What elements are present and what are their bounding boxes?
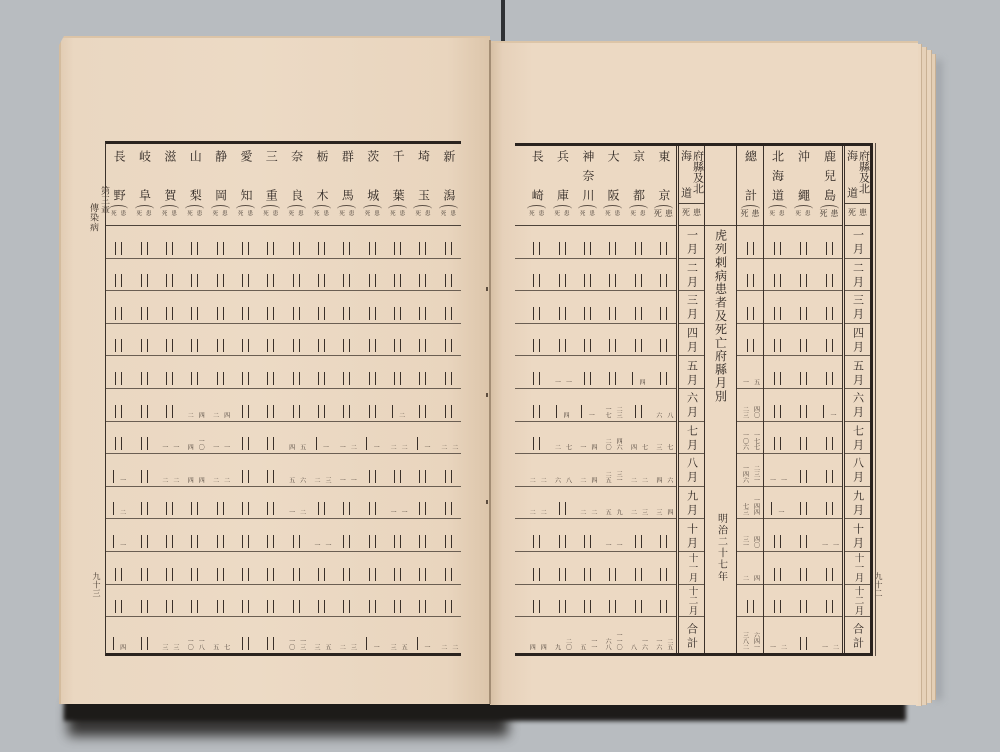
patients-value: —: [197, 307, 198, 320]
month-label: 六月: [852, 392, 864, 417]
deaths-value: —: [559, 568, 560, 581]
month-label: 七月: [686, 425, 698, 450]
data-cell: ——: [207, 324, 232, 356]
deaths-value: 四: [186, 444, 192, 450]
patients-value: 四: [666, 509, 672, 515]
deaths-value: 一: [313, 542, 319, 548]
data-cell: ——: [385, 356, 410, 388]
deaths-value: —: [115, 405, 116, 418]
data-cell: ——: [385, 291, 410, 323]
data-cell: ——: [334, 585, 359, 617]
patients-deaths-subheader: 死患: [136, 211, 151, 218]
patients-value: 二: [539, 509, 545, 515]
deaths-value: 二: [186, 412, 192, 418]
table-row: ————————————————————————————: [106, 259, 461, 292]
patients-value: —: [806, 600, 807, 613]
data-cell: ——: [233, 422, 258, 454]
data-cell: ——: [131, 226, 156, 258]
patients-value: 三一: [615, 471, 621, 483]
table-row: ————————————: [524, 585, 676, 618]
patients-value: —: [590, 307, 591, 320]
month-label: 三月: [852, 294, 864, 319]
deaths-value: —: [419, 502, 420, 515]
patients-value: —: [324, 339, 325, 352]
patients-value: —: [147, 242, 148, 255]
brace-mark: [527, 205, 546, 209]
data-cell: 三七: [651, 422, 676, 454]
patients-value: 四〇: [753, 536, 759, 548]
month-label: 四月: [852, 327, 864, 352]
deaths-value: —: [800, 502, 801, 515]
data-cell: ——: [106, 422, 131, 454]
patients-value: 二三一: [753, 465, 759, 483]
deaths-value: —: [318, 307, 319, 320]
patients-value: 四: [638, 379, 644, 385]
table-header: 府縣及北海道死患: [679, 146, 704, 226]
deaths-value: —: [533, 339, 534, 352]
deaths-value: —: [217, 568, 218, 581]
deaths-value: —: [747, 242, 748, 255]
patients-value: —: [223, 274, 224, 287]
column-header: 山梨死患: [182, 144, 207, 225]
right-table: 東京死患京都死患大阪死患神奈川死患兵庫死患長崎死患 ——————————————…: [515, 143, 873, 656]
patients-deaths-subheader: 死患: [289, 211, 304, 218]
patients-value: —: [539, 535, 540, 548]
patients-value: —: [590, 274, 591, 287]
month-label: 一月: [686, 229, 698, 254]
patients-value: —: [451, 600, 452, 613]
patients-value: —: [375, 535, 376, 548]
data-cell: ——: [182, 519, 207, 551]
data-cell: ——: [600, 291, 625, 323]
brace-mark: [768, 205, 787, 209]
patients-value: —: [753, 242, 754, 255]
brace-mark: [439, 205, 458, 209]
data-cell: ——: [410, 356, 435, 388]
table-row: 七月: [679, 422, 704, 455]
patients-value: 二: [223, 477, 229, 483]
deaths-value: —: [417, 437, 418, 450]
data-cell: ——: [524, 389, 549, 421]
patients-value: —: [451, 242, 452, 255]
deaths-value: —: [318, 372, 319, 385]
data-cell: ——: [207, 291, 232, 323]
column-header: 長崎死患: [524, 146, 549, 225]
patients-value: —: [223, 372, 224, 385]
deaths-value: 六八: [604, 638, 610, 650]
deaths-value: —: [217, 372, 218, 385]
data-cell: ——: [549, 259, 574, 291]
patients-value: 二: [299, 509, 305, 515]
table-row: ——: [737, 226, 763, 259]
deaths-value: —: [318, 339, 319, 352]
deaths-value: —: [747, 274, 748, 287]
data-cell: ——: [600, 259, 625, 291]
patients-label: 患: [197, 211, 203, 218]
table-row: ————————————————————————————: [106, 324, 461, 357]
deaths-value: —: [191, 242, 192, 255]
patients-value: —: [806, 637, 807, 650]
patients-value: —: [832, 307, 833, 320]
patients-value: 二: [398, 412, 404, 418]
table-row: 十月: [845, 519, 870, 552]
data-cell: ——: [106, 291, 131, 323]
deaths-value: —: [343, 535, 344, 548]
deaths-value: —: [632, 372, 633, 385]
deaths-label: 死: [289, 211, 295, 218]
data-cell: ——: [106, 259, 131, 291]
deaths-value: —: [826, 502, 827, 515]
deaths-value: 一〇六: [742, 432, 748, 450]
patients-label: 患: [324, 211, 330, 218]
deaths-label: 死: [365, 211, 371, 218]
data-cell: ——: [258, 324, 283, 356]
data-cell: ——: [233, 454, 258, 486]
deaths-value: —: [318, 405, 319, 418]
deaths-value: 三: [313, 644, 319, 650]
deaths-value: —: [267, 600, 268, 613]
patients-value: —: [248, 274, 249, 287]
data-cell: ——: [207, 585, 232, 617]
table-title: 虎列剌病患者及死亡府縣月別: [714, 229, 728, 403]
deaths-value: —: [559, 307, 560, 320]
data-cell: ——: [258, 226, 283, 258]
data-cell: ——: [131, 519, 156, 551]
data-cell: ——: [182, 356, 207, 388]
patients-value: —: [248, 637, 249, 650]
patients-value: 四: [119, 644, 125, 650]
deaths-value: —: [166, 535, 167, 548]
data-cell: ——: [182, 487, 207, 519]
patients-value: —: [641, 307, 642, 320]
deaths-value: —: [166, 372, 167, 385]
data-cell: ——: [436, 226, 461, 258]
deaths-value: —: [584, 307, 585, 320]
patients-value: —: [248, 307, 249, 320]
deaths-value: —: [267, 339, 268, 352]
data-cell: 四六: [651, 454, 676, 486]
deaths-value: —: [343, 502, 344, 515]
table-row: 五月: [845, 356, 870, 389]
patients-value: —: [223, 502, 224, 515]
deaths-value: —: [113, 470, 114, 483]
patients-value: —: [121, 372, 122, 385]
patients-value: —: [400, 274, 401, 287]
deaths-value: —: [141, 307, 142, 320]
patients-value: —: [806, 242, 807, 255]
deaths-value: —: [369, 372, 370, 385]
data-cell: ——: [131, 324, 156, 356]
patients-value: —: [806, 437, 807, 450]
patients-value: —: [375, 242, 376, 255]
deaths-value: —: [366, 637, 367, 650]
deaths-value: 二: [579, 509, 585, 515]
deaths-value: —: [445, 339, 446, 352]
table-header: 東京死患京都死患大阪死患神奈川死患兵庫死患長崎死患: [524, 146, 676, 226]
patients-value: —: [451, 470, 452, 483]
patients-value: —: [375, 568, 376, 581]
data-cell: ——: [816, 356, 842, 388]
deaths-value: —: [141, 637, 142, 650]
patients-value: —: [299, 339, 300, 352]
table-row: [515, 552, 524, 585]
deaths-label: 死: [111, 211, 117, 218]
table-row: 一六二五八一六六八一一〇五一一九二〇四四: [524, 617, 676, 653]
table-row: ————————————————————————————: [106, 291, 461, 324]
prefecture-name: 千葉: [391, 150, 404, 201]
patients-value: —: [753, 339, 754, 352]
data-cell: ——: [360, 487, 385, 519]
deaths-value: —: [369, 535, 370, 548]
table-row: 十月: [679, 519, 704, 552]
deaths-value: —: [800, 307, 801, 320]
data-cell: ——: [309, 324, 334, 356]
table-row: ——————: [764, 324, 842, 357]
deaths-value: —: [293, 339, 294, 352]
deaths-label: 死: [390, 211, 396, 218]
data-cell: 四七: [625, 422, 650, 454]
data-cell: ——: [309, 356, 334, 388]
prefecture-name: 愛知: [239, 150, 252, 201]
data-cell: ——: [309, 552, 334, 584]
patients-value: —: [400, 470, 401, 483]
patients-value: —: [590, 339, 591, 352]
patients-value: —: [425, 502, 426, 515]
data-cell: ——: [283, 552, 308, 584]
data-cell: —一: [816, 389, 842, 421]
patients-value: —: [400, 372, 401, 385]
patients-value: —: [615, 274, 616, 287]
patients-value: —: [565, 568, 566, 581]
data-cell: ——: [283, 356, 308, 388]
data-cell: ——: [410, 389, 435, 421]
data-cell: —四: [106, 617, 131, 653]
deaths-value: —: [445, 568, 446, 581]
deaths-value: —: [267, 242, 268, 255]
patients-value: 一: [172, 444, 178, 450]
table-row: 一二——一二: [764, 617, 842, 653]
deaths-value: —: [533, 568, 534, 581]
book-gutter: [489, 40, 491, 704]
patients-value: —: [539, 372, 540, 385]
data-cell: ——: [207, 259, 232, 291]
patients-value: 一七七: [753, 432, 759, 450]
data-cell: 五六: [283, 454, 308, 486]
data-cell: ——: [258, 356, 283, 388]
patients-value: —: [248, 600, 249, 613]
deaths-value: —: [445, 372, 446, 385]
deaths-value: —: [141, 405, 142, 418]
deaths-label: 死: [605, 211, 611, 218]
patients-value: 一: [780, 477, 786, 483]
deaths-label: 死: [441, 211, 447, 218]
patients-value: —: [273, 372, 274, 385]
data-cell: ——: [157, 291, 182, 323]
patients-label: 患: [831, 210, 839, 217]
deaths-value: —: [419, 600, 420, 613]
patients-value: —: [451, 405, 452, 418]
table-row: [515, 226, 524, 259]
deaths-value: 一四六: [742, 465, 748, 483]
deaths-value: —: [316, 437, 317, 450]
deaths-value: —: [559, 274, 560, 287]
data-cell: 四五: [283, 422, 308, 454]
patients-value: —: [666, 274, 667, 287]
patients-value: —: [425, 339, 426, 352]
table-row: [515, 389, 524, 422]
month-label: 一月: [852, 229, 864, 254]
data-cell: ——: [283, 585, 308, 617]
deaths-value: —: [533, 405, 534, 418]
month-column: 府縣及北海道死患 一月二月三月四月五月六月七月八月九月十月十一月十二月合計: [842, 146, 870, 653]
data-cell: 三八二六四一: [737, 617, 763, 653]
prefecture-name: 栃木: [315, 150, 328, 201]
deaths-value: —: [166, 405, 167, 418]
patients-deaths-subheader: 死患: [187, 211, 202, 218]
table-row: [515, 422, 524, 455]
patients-value: —: [172, 568, 173, 581]
deaths-value: 四: [630, 444, 636, 450]
deaths-value: —: [800, 437, 801, 450]
deaths-value: —: [267, 470, 268, 483]
table-row: 合計: [845, 617, 870, 653]
deaths-label: 死: [238, 211, 244, 218]
deaths-value: —: [394, 242, 395, 255]
patients-value: —: [780, 339, 781, 352]
data-cell: ——: [436, 487, 461, 519]
patients-value: —: [197, 339, 198, 352]
data-cell: ——: [436, 324, 461, 356]
patients-value: —: [590, 242, 591, 255]
data-cell: ——: [764, 585, 790, 617]
deaths-value: —: [217, 535, 218, 548]
data-cell: 四四: [182, 454, 207, 486]
data-cell: ——: [816, 454, 842, 486]
table-row: ——: [737, 291, 763, 324]
deaths-value: —: [800, 637, 801, 650]
patients-value: —: [806, 470, 807, 483]
deaths-value: —: [242, 470, 243, 483]
deaths-value: —: [141, 568, 142, 581]
patients-value: —: [539, 274, 540, 287]
data-cell: ——: [360, 356, 385, 388]
data-cell: 二五三一: [600, 454, 625, 486]
patients-value: —: [147, 274, 148, 287]
data-cell: 一二: [816, 617, 842, 653]
deaths-value: —: [826, 437, 827, 450]
deaths-value: —: [584, 372, 585, 385]
deaths-value: —: [343, 274, 344, 287]
data-cell: ——: [600, 356, 625, 388]
patients-value: —: [425, 535, 426, 548]
page-number: 九十三: [91, 572, 102, 598]
deaths-value: —: [166, 600, 167, 613]
table-body: 一月二月三月四月五月六月七月八月九月十月十一月十二月合計: [845, 226, 870, 653]
deaths-value: —: [242, 372, 243, 385]
deaths-value: —: [369, 339, 370, 352]
deaths-value: —: [419, 470, 420, 483]
deaths-value: 二: [630, 477, 636, 483]
data-cell: 二三: [625, 487, 650, 519]
patients-value: —: [121, 405, 122, 418]
deaths-value: —: [660, 242, 661, 255]
table-body: [515, 226, 524, 653]
data-cell: ——: [764, 552, 790, 584]
patients-value: —: [223, 339, 224, 352]
patients-label: 患: [349, 211, 355, 218]
patients-value: 四: [197, 412, 203, 418]
deaths-value: —: [774, 600, 775, 613]
month-label: 七月: [852, 425, 864, 450]
patients-value: —: [248, 568, 249, 581]
deaths-value: —: [774, 242, 775, 255]
data-cell: ——: [309, 291, 334, 323]
patients-value: —: [539, 307, 540, 320]
data-cell: ——: [436, 356, 461, 388]
table-row: ——————————一一———————————————一: [106, 519, 461, 552]
patients-value: —: [273, 437, 274, 450]
data-cell: ——: [790, 324, 816, 356]
table-body: 一月二月三月四月五月六月七月八月九月十月十一月十二月合計: [679, 226, 704, 653]
patients-value: —: [375, 372, 376, 385]
data-cell: ——: [600, 226, 625, 258]
patients-value: 一: [372, 444, 378, 450]
deaths-value: —: [318, 274, 319, 287]
table-row: 九月: [679, 487, 704, 520]
column-header: 埼玉死患: [410, 144, 435, 225]
month-label: 十一月: [686, 553, 698, 582]
left-table: 新潟死患埼玉死患千葉死患茨城死患群馬死患栃木死患奈良死患三重死患愛知死患静岡死患…: [105, 141, 461, 656]
table-row: ————————————: [524, 552, 676, 585]
deaths-value: —: [115, 242, 116, 255]
deaths-value: 二: [440, 644, 446, 650]
prefecture-name: 岐阜: [138, 150, 151, 201]
deaths-value: 六: [655, 412, 661, 418]
patients-value: —: [299, 535, 300, 548]
patients-value: —: [147, 405, 148, 418]
month-label: 四月: [686, 327, 698, 352]
patients-value: —: [451, 502, 452, 515]
patients-value: —: [349, 307, 350, 320]
patients-value: —: [349, 274, 350, 287]
month-label: 八月: [852, 457, 864, 482]
deaths-value: 一〇: [186, 638, 192, 650]
data-cell: 二三: [309, 454, 334, 486]
data-cell: ——: [131, 356, 156, 388]
prefecture-name: 神奈川: [581, 150, 594, 201]
patients-value: —: [197, 568, 198, 581]
table-row: 十二月: [679, 585, 704, 618]
table-row: 十二月: [845, 585, 870, 618]
patients-value: —: [666, 600, 667, 613]
prefecture-name: 京都: [632, 150, 645, 201]
patients-value: 三: [349, 644, 355, 650]
data-cell: ——: [182, 585, 207, 617]
data-cell: —一: [106, 454, 131, 486]
table-row: 一月: [679, 226, 704, 259]
table-row: 十一月: [679, 552, 704, 585]
data-cell: ——: [309, 389, 334, 421]
deaths-value: —: [369, 568, 370, 581]
table-row: 三四二三五九二二——二二: [524, 487, 676, 520]
table-row: 六月: [679, 389, 704, 422]
deaths-value: —: [318, 242, 319, 255]
deaths-value: —: [141, 242, 142, 255]
deaths-value: —: [445, 600, 446, 613]
data-cell: ——: [233, 259, 258, 291]
patients-value: —: [780, 405, 781, 418]
deaths-value: —: [267, 437, 268, 450]
